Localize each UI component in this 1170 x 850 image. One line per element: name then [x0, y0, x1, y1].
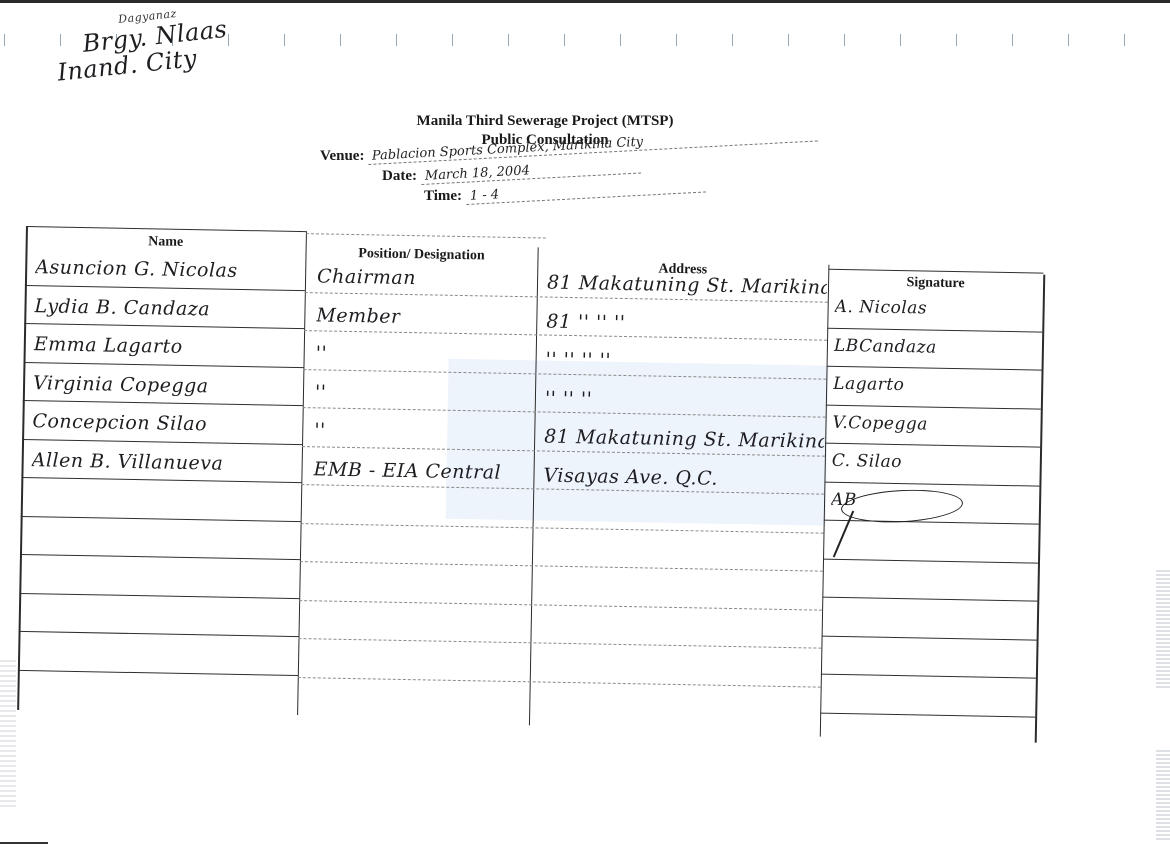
row-line [821, 674, 1036, 679]
column-header-name: Name [26, 232, 306, 253]
cell-name: Concepcion Silao [32, 410, 207, 435]
row-line [822, 635, 1037, 640]
cell-name: Virginia Copegga [33, 372, 209, 397]
row-line [23, 361, 303, 367]
row-line [24, 323, 304, 329]
scan-noise [0, 660, 16, 810]
scan-edge [0, 842, 48, 844]
row-line [824, 481, 1039, 486]
column-divider [297, 231, 307, 715]
cell-name: Allen B. Villanueva [32, 449, 224, 475]
column-header-signature: Signature [828, 274, 1043, 294]
cell-position: EMB - EIA Central [313, 458, 501, 483]
row-line [25, 284, 305, 290]
cell-position: '' [316, 342, 328, 364]
scan-edge [0, 0, 1170, 3]
row-line [298, 638, 821, 649]
signature-scribble [840, 487, 963, 525]
scan-noise [1156, 570, 1170, 690]
row-line [827, 366, 1042, 371]
column-header-position: Position/ Designation [305, 245, 537, 265]
cell-signature: A. Nicolas [834, 297, 927, 319]
time-label: Time: [424, 188, 462, 205]
table-border-right [1035, 275, 1046, 743]
cell-name: Lydia B. Candaza [34, 295, 210, 320]
document-title: Manila Third Sewerage Project (MTSP) [310, 112, 780, 131]
row-line [22, 438, 302, 444]
cell-signature: Lagarto [833, 374, 904, 395]
cell-name: Asuncion G. Nicolas [35, 256, 238, 282]
table-border-top [828, 269, 1043, 274]
time-field: Time: 1 - 4 [424, 188, 706, 205]
row-line [827, 327, 1042, 332]
row-line [20, 554, 300, 560]
row-line [23, 400, 303, 406]
row-line [19, 631, 299, 637]
cell-signature: LBCandaza [834, 335, 937, 357]
row-line [19, 592, 299, 598]
row-line [823, 558, 1038, 563]
row-line [298, 677, 821, 688]
date-label: Date: [382, 168, 417, 185]
attendance-table: Name Position/ Designation Address Signa… [16, 226, 1046, 775]
row-line [21, 477, 301, 483]
table-border-top [26, 226, 306, 232]
row-line [300, 561, 823, 572]
row-line [299, 600, 822, 611]
row-line [824, 520, 1039, 525]
cell-signature: V.Copegga [832, 412, 928, 434]
table-border-left [17, 226, 28, 710]
row-line [825, 443, 1040, 448]
cell-position: Chairman [317, 265, 416, 289]
cell-signature: C. Silao [832, 451, 902, 472]
row-line [820, 712, 1035, 717]
cell-address: 81 Makatuning St. Marikina City [547, 272, 827, 299]
cell-name: Emma Lagarto [34, 333, 183, 358]
handwritten-corner-note: Dagyanaz Brgy. Nlaas Inand. City [52, 2, 231, 87]
cell-position: '' [315, 381, 327, 403]
header-line [306, 233, 546, 238]
cell-position: '' [314, 419, 326, 441]
row-line [21, 515, 301, 521]
venue-label: Venue: [320, 148, 364, 165]
row-line [826, 404, 1041, 409]
cell-address: 81 '' '' '' [546, 310, 626, 333]
scan-noise [1156, 750, 1170, 840]
cell-address: Visayas Ave. Q.C. [543, 464, 718, 489]
row-line [822, 597, 1037, 602]
cell-address: '' '' '' [545, 387, 593, 410]
cell-address: '' '' '' '' [545, 349, 611, 372]
signature-scribble [833, 511, 854, 558]
cell-position: Member [316, 304, 401, 328]
row-line [18, 669, 298, 675]
